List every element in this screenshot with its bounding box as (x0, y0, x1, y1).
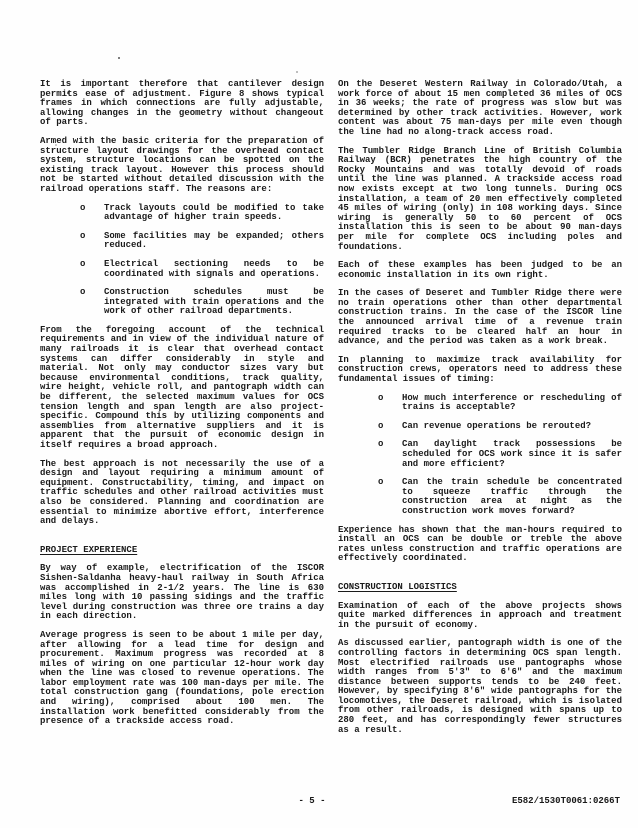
paragraph-examination: Examination of each of the above project… (338, 602, 622, 631)
right-column: On the Deseret Western Railway in Colora… (338, 80, 622, 744)
bullet-item: o Can daylight track possessions be sche… (338, 440, 622, 469)
bullet-marker: o (80, 288, 104, 317)
bullet-text: Can revenue operations be rerouted? (402, 422, 622, 432)
paragraph-best-approach: The best approach is not necessarily the… (40, 460, 324, 527)
paragraph-train-operations: In the cases of Deseret and Tumbler Ridg… (338, 289, 622, 347)
section-heading-project-experience: PROJECT EXPERIENCE (40, 546, 324, 556)
bullet-text: Construction schedules must be integrate… (104, 288, 324, 317)
bullet-marker: o (378, 422, 402, 432)
scan-speck (118, 57, 120, 59)
paragraph-structure-layout: Armed with the basic criteria for the pr… (40, 137, 324, 195)
paragraph-cantilever-design: It is important therefore that cantileve… (40, 80, 324, 128)
page-footer: - 5 - E582/1530T0061:0266T (0, 796, 638, 808)
paragraph-tumbler-ridge: The Tumbler Ridge Branch Line of British… (338, 147, 622, 253)
bullet-text: How much interference or rescheduling of… (402, 394, 622, 413)
left-column: It is important therefore that cantileve… (40, 80, 324, 744)
bullet-marker: o (378, 394, 402, 413)
bullet-marker: o (378, 478, 402, 516)
paragraph-technical-requirements: From the foregoing account of the techni… (40, 326, 324, 451)
bullet-marker: o (80, 232, 104, 251)
bullet-marker: o (80, 260, 104, 279)
scan-speck (296, 71, 298, 73)
bullet-item: o Construction schedules must be integra… (40, 288, 324, 317)
bullet-text: Electrical sectioning needs to be coordi… (104, 260, 324, 279)
bullet-text: Can daylight track possessions be schedu… (402, 440, 622, 469)
bullet-text: Can the train schedule be concentrated t… (402, 478, 622, 516)
two-column-body: It is important therefore that cantileve… (40, 80, 622, 744)
section-heading-construction-logistics: CONSTRUCTION LOGISTICS (338, 583, 622, 593)
bullet-item: o Can the train schedule be concentrated… (338, 478, 622, 516)
paragraph-iscor-example: By way of example, electrification of th… (40, 564, 324, 622)
paragraph-average-progress: Average progress is seen to be about 1 m… (40, 631, 324, 727)
document-code: E582/1530T0061:0266T (512, 796, 620, 806)
page-number: - 5 - (298, 796, 325, 806)
paragraph-economic-installation: Each of these examples has been judged t… (338, 261, 622, 280)
bullet-marker: o (378, 440, 402, 469)
bullet-item: o How much interference or rescheduling … (338, 394, 622, 413)
paragraph-deseret-railway: On the Deseret Western Railway in Colora… (338, 80, 622, 138)
document-page: It is important therefore that cantileve… (0, 0, 638, 828)
bullet-text: Some facilities may be expanded; others … (104, 232, 324, 251)
paragraph-man-hours: Experience has shown that the man-hours … (338, 526, 622, 564)
bullet-item: o Track layouts could be modified to tak… (40, 204, 324, 223)
bullet-marker: o (80, 204, 104, 223)
bullet-text: Track layouts could be modified to take … (104, 204, 324, 223)
paragraph-pantograph-width: As discussed earlier, pantograph width i… (338, 639, 622, 735)
paragraph-timing-issues-intro: In planning to maximize track availabili… (338, 356, 622, 385)
bullet-item: o Electrical sectioning needs to be coor… (40, 260, 324, 279)
bullet-item: o Some facilities may be expanded; other… (40, 232, 324, 251)
bullet-item: o Can revenue operations be rerouted? (338, 422, 622, 432)
